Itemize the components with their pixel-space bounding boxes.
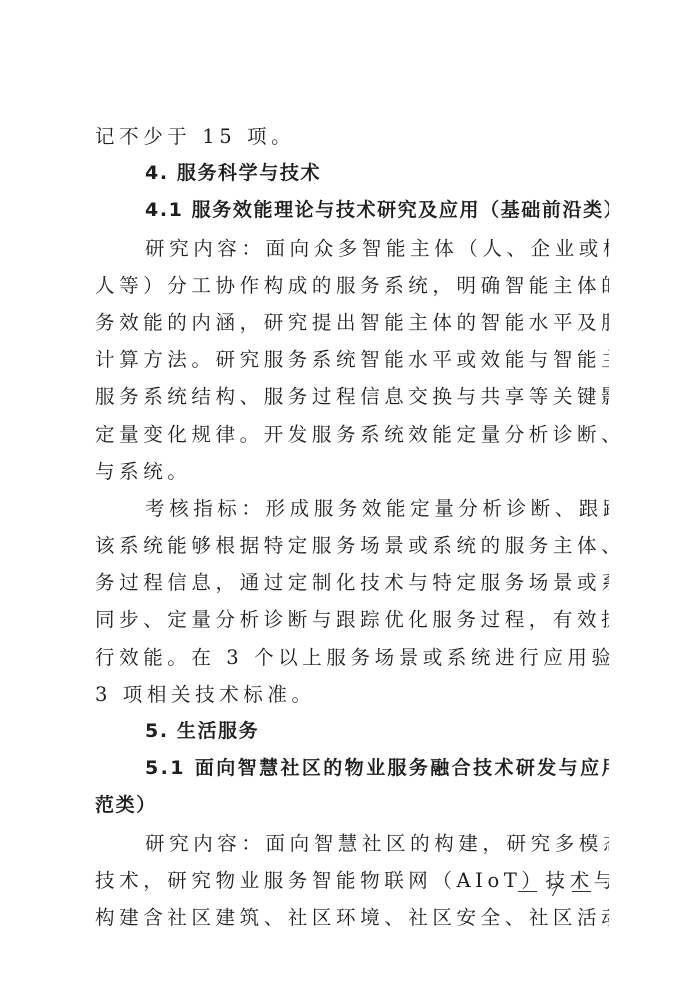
subsection-heading-4-1: 4.1 服务效能理论与技术研究及应用（基础前沿类） [95, 192, 609, 229]
assessment-indicator-line: 3 项相关技术标准。 [95, 676, 609, 713]
research-content-line: 计算方法。研究服务系统智能水平或效能与智能主体智能水平、 [95, 341, 609, 378]
page-number: — 7 — [518, 880, 595, 902]
assessment-indicator-line: 考核指标：形成服务效能定量分析诊断、跟踪优化系统 1 套， [95, 490, 609, 527]
research-content-line: 定量变化规律。开发服务系统效能定量分析诊断、跟踪优化方法 [95, 416, 609, 453]
research-content-line: 研究内容：面向众多智能主体（人、企业或机构、智能机器 [95, 230, 609, 267]
document-page: 记不少于 15 项。 4. 服务科学与技术 4.1 服务效能理论与技术研究及应用… [95, 118, 609, 936]
assessment-indicator-line: 该系统能够根据特定服务场景或系统的服务主体、服务内容及服 [95, 527, 609, 564]
subsection-heading-5-1: 5.1 面向智慧社区的物业服务融合技术研发与应用（应用示 [95, 750, 609, 787]
research-content-line: 服务系统结构、服务过程信息交换与共享等关键影响因素之间的 [95, 378, 609, 415]
subsection-heading-5-1-continued: 范类） [95, 787, 609, 824]
assessment-indicator-line: 同步、定量分析诊断与跟踪优化服务过程，有效提升服务系统运 [95, 601, 609, 638]
paragraph-tail-line: 记不少于 15 项。 [95, 118, 609, 155]
assessment-indicator-line: 行效能。在 3 个以上服务场景或系统进行应用验证，起草或制定 [95, 639, 609, 676]
research-content-line: 研究内容：面向智慧社区的构建，研究多模态物业数据融合 [95, 825, 609, 862]
section-heading-5: 5. 生活服务 [95, 713, 609, 750]
research-content-line: 务效能的内涵，研究提出智能主体的智能水平及服务效能的定量 [95, 304, 609, 341]
research-content-line: 人等）分工协作构成的服务系统，明确智能主体的智能水平、服 [95, 267, 609, 304]
assessment-indicator-line: 务过程信息，通过定制化技术与特定服务场景或系统互联，在线、 [95, 564, 609, 601]
section-heading-4: 4. 服务科学与技术 [95, 155, 609, 192]
research-content-line: 与系统。 [95, 453, 609, 490]
research-content-line: 构建含社区建筑、社区环境、社区安全、社区活动、居民生活等 [95, 899, 609, 936]
